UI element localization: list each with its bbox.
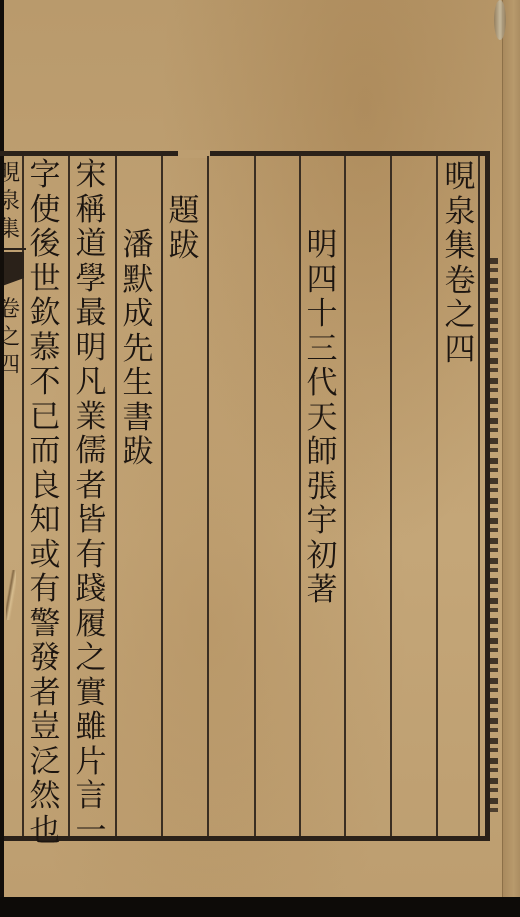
char: 之 — [76, 641, 107, 676]
char: 稱 — [76, 193, 107, 228]
frame-ink-bleed — [490, 258, 498, 818]
char: 知 — [30, 503, 61, 538]
char: 十 — [307, 297, 338, 332]
char: 初 — [307, 539, 338, 574]
char: 學 — [76, 262, 107, 297]
char: 一 — [76, 814, 107, 849]
char: 不 — [30, 365, 61, 400]
char: 雖 — [76, 710, 107, 745]
char: 晛 — [4, 160, 24, 188]
char: 踐 — [76, 572, 107, 607]
column-rule — [254, 156, 256, 836]
char: 或 — [30, 538, 61, 573]
char: 四 — [307, 263, 338, 298]
char: 晛 — [445, 160, 476, 195]
section-heading: 題 跋 — [161, 194, 207, 263]
frame-top-gap — [178, 150, 210, 158]
char: 者 — [30, 676, 61, 711]
author-line: 明 四 十 三 代 天 師 張 宇 初 著 — [299, 228, 345, 608]
char: 豈 — [30, 710, 61, 745]
char: 者 — [76, 469, 107, 504]
char: 皆 — [76, 503, 107, 538]
char: 實 — [76, 676, 107, 711]
char: 天 — [307, 401, 338, 436]
char: 也 — [30, 814, 61, 849]
char: 之 — [445, 298, 476, 333]
char: 生 — [123, 366, 154, 401]
char: 題 — [169, 194, 200, 229]
char: 然 — [30, 779, 61, 814]
char: 跋 — [123, 435, 154, 470]
char: 師 — [307, 435, 338, 470]
char: 後 — [30, 227, 61, 262]
fold-center-volume: 卷 之 四 — [4, 296, 24, 380]
fold-center-rule — [4, 248, 26, 250]
fishtail-mark-icon — [4, 252, 24, 292]
char: 良 — [30, 469, 61, 504]
column-rule — [207, 156, 209, 836]
char: 卷 — [445, 264, 476, 299]
char: 潘 — [123, 228, 154, 263]
char: 四 — [445, 333, 476, 368]
char: 成 — [123, 297, 154, 332]
char: 欽 — [30, 296, 61, 331]
char: 張 — [307, 470, 338, 505]
page-margin-right — [502, 0, 520, 897]
body-text-column-2: 字 使 後 世 欽 慕 不 已 而 良 知 或 有 警 發 者 豈 泛 然 也 — [22, 158, 68, 848]
char: 泉 — [4, 188, 24, 216]
volume-title: 晛 泉 集 卷 之 四 — [437, 160, 483, 367]
char: 泛 — [30, 745, 61, 780]
char: 發 — [30, 641, 61, 676]
left-edge-shadow — [0, 0, 4, 897]
char: 業 — [76, 400, 107, 435]
char: 默 — [123, 263, 154, 298]
char: 先 — [123, 332, 154, 367]
char: 明 — [307, 228, 338, 263]
char: 道 — [76, 227, 107, 262]
piece-title: 潘 默 成 先 生 書 跋 — [115, 228, 161, 470]
char: 跋 — [169, 229, 200, 264]
char: 集 — [445, 229, 476, 264]
char: 代 — [307, 366, 338, 401]
char: 履 — [76, 607, 107, 642]
char: 警 — [30, 607, 61, 642]
char: 宋 — [76, 158, 107, 193]
char: 卷 — [4, 296, 24, 324]
char: 集 — [4, 216, 24, 244]
char: 而 — [30, 434, 61, 469]
frame-top-border — [0, 151, 490, 156]
char: 書 — [123, 401, 154, 436]
char: 之 — [4, 324, 24, 352]
char: 字 — [30, 158, 61, 193]
binding-thread-icon — [494, 0, 506, 40]
fold-center-title: 晛 泉 集 — [4, 160, 24, 244]
char: 凡 — [76, 365, 107, 400]
char: 著 — [307, 573, 338, 608]
char: 宇 — [307, 504, 338, 539]
char: 儒 — [76, 434, 107, 469]
char: 言 — [76, 779, 107, 814]
char: 慕 — [30, 331, 61, 366]
char: 有 — [30, 572, 61, 607]
char: 明 — [76, 331, 107, 366]
char: 使 — [30, 193, 61, 228]
paper-crease — [6, 570, 16, 620]
char: 已 — [30, 400, 61, 435]
char: 片 — [76, 745, 107, 780]
char: 四 — [4, 352, 24, 380]
char: 有 — [76, 538, 107, 573]
char: 泉 — [445, 195, 476, 230]
char: 最 — [76, 296, 107, 331]
body-text-column-1: 宋 稱 道 學 最 明 凡 業 儒 者 皆 有 踐 履 之 實 雖 片 言 一 — [68, 158, 114, 848]
column-rule — [390, 156, 392, 836]
char: 三 — [307, 332, 338, 367]
scan-background — [0, 897, 520, 917]
char: 世 — [30, 262, 61, 297]
